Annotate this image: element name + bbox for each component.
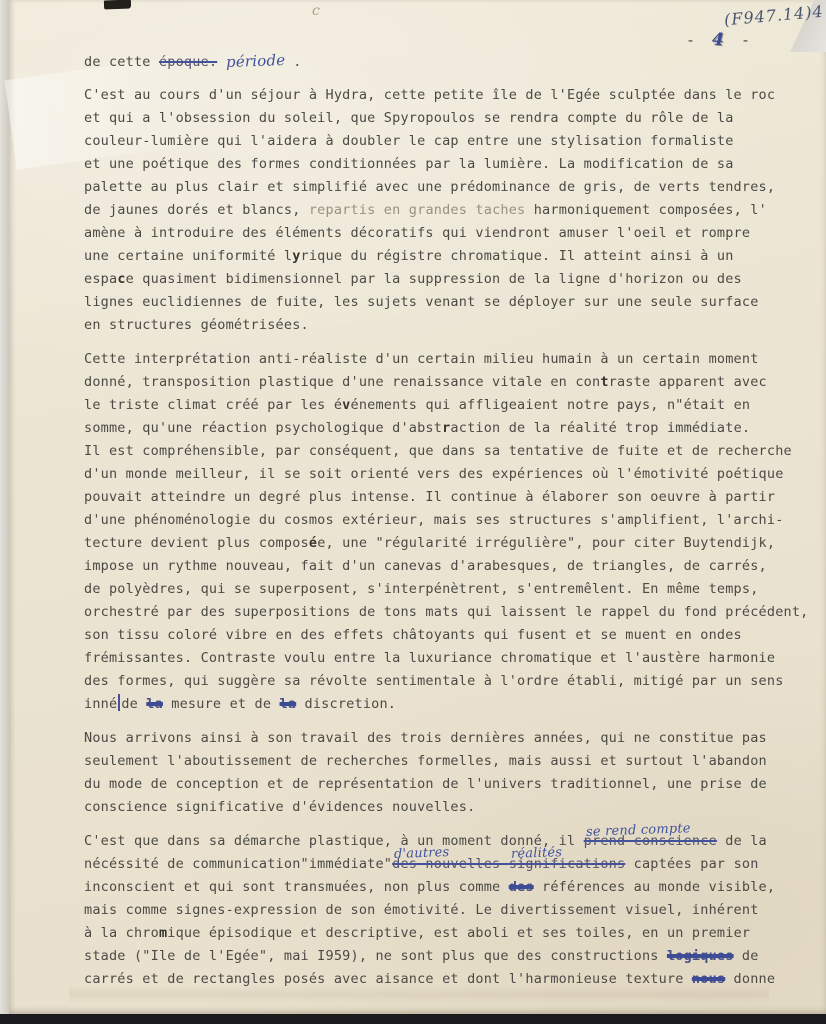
typed-text: son tissu coloré vibre en des effets châ… — [84, 627, 742, 643]
typed-line: tecture devient plus composée, une "régu… — [84, 532, 809, 555]
faded-typed-text: repartis en grandes taches — [309, 202, 534, 218]
typed-line: nécéssité de communication"immédiate"des… — [84, 853, 809, 876]
typed-text: des formes, qui suggère sa révolte senti… — [84, 673, 784, 689]
typed-text: du mode de conception et de représentati… — [84, 776, 767, 792]
struck-out-text: des nouvelles d'autres — [392, 856, 509, 872]
struck-out-text: significationsréalités — [509, 856, 626, 872]
handwritten-annotation-above: d'autres — [394, 841, 450, 866]
struck-out-text: époque. — [159, 54, 217, 70]
typed-text: références au monde visible, — [534, 879, 776, 895]
typed-line: impose un rythme nouveau, fait d'un cane… — [84, 555, 809, 578]
typed-text: seulement l'aboutissement de recherches … — [84, 753, 767, 769]
typed-text: tecture devient plus compos — [84, 535, 309, 551]
typed-line: palette au plus clair et simplifié avec … — [84, 176, 809, 199]
typed-text: d'un monde meilleur, il se soit orienté … — [84, 466, 784, 482]
page-number: - 4 - — [686, 30, 754, 50]
document-body: de cette époque. période .C'est au cours… — [84, 50, 809, 1002]
typed-text: y — [292, 248, 300, 264]
typed-line: mais comme signes-expression de son émot… — [84, 899, 809, 922]
typed-text: C'est que dans sa démarche plastique, à … — [84, 833, 584, 849]
typed-text: de — [734, 948, 759, 964]
typed-text: donné, transposition plastique d'une ren… — [84, 374, 600, 390]
typed-text: de — [121, 696, 146, 712]
typed-line: et qui a l'obsession du soleil, que Spyr… — [84, 107, 809, 130]
typed-text: Cette interprétation anti-réaliste d'un … — [84, 351, 759, 367]
typed-text: couleur-lumière qui l'aidera à doubler l… — [84, 133, 734, 149]
typed-line: innéde la mesure et de la discretion. — [84, 693, 809, 716]
typed-text: v — [342, 397, 350, 413]
typed-text: une certaine uniformité l — [84, 248, 292, 264]
page-number-dash-left: - — [686, 31, 712, 49]
typed-line: le triste climat créé par les événements… — [84, 394, 809, 417]
struck-out-text: des — [509, 879, 534, 895]
typed-text: lignes euclidiennes de fuite, les sujets… — [84, 294, 759, 310]
page-number-handwritten-digit: 4 — [712, 30, 729, 51]
typed-text: . — [285, 54, 302, 70]
typed-text: d'une phénoménologie du cosmos extérieur… — [84, 512, 784, 528]
handwritten-annotation-above: se rend compte — [585, 817, 690, 844]
handwritten-annotation-above: réalités — [510, 841, 562, 866]
paragraph: C'est que dans sa démarche plastique, à … — [84, 830, 809, 991]
struck-out-text: logiques — [667, 948, 734, 964]
typed-text: discretion. — [296, 696, 396, 712]
paragraph: de cette époque. période . — [84, 50, 809, 73]
typed-text: é — [309, 535, 317, 551]
typed-line: d'une phénoménologie du cosmos extérieur… — [84, 509, 809, 532]
typed-line: Nous arrivons ainsi à son travail des tr… — [84, 727, 809, 750]
struck-out-text: la — [146, 696, 163, 712]
struck-out-text: la — [280, 696, 297, 712]
paragraph: Nous arrivons ainsi à son travail des tr… — [84, 727, 809, 819]
typed-line: à la chromique épisodique et descriptive… — [84, 922, 809, 945]
typed-line: son tissu coloré vibre en des effets châ… — [84, 624, 809, 647]
typed-line: d'un monde meilleur, il se soit orienté … — [84, 463, 809, 486]
typed-line: Cette interprétation anti-réaliste d'un … — [84, 348, 809, 371]
typed-text: et une poétique des formes conditionnées… — [84, 156, 734, 172]
typed-text: le triste climat créé par les é — [84, 397, 342, 413]
typed-text: frémissantes. Contraste voulu entre la l… — [84, 650, 775, 666]
typed-text: de cette — [84, 54, 159, 70]
typed-text: inné — [84, 696, 117, 712]
typed-line: lignes euclidiennes de fuite, les sujets… — [84, 291, 809, 314]
typed-line: conscience significative d'évidences nou… — [84, 796, 809, 819]
insertion-mark — [118, 694, 120, 711]
typed-line: Il est compréhensible, par conséquent, q… — [84, 440, 809, 463]
typed-line: orchestré par des superpositions de tons… — [84, 601, 809, 624]
typed-line: de cette époque. période . — [84, 50, 809, 73]
typed-text: et qui a l'obsession du soleil, que Spyr… — [84, 110, 734, 126]
typed-line: et une poétique des formes conditionnées… — [84, 153, 809, 176]
handwritten-correction: période — [225, 49, 285, 74]
typed-text: donne — [725, 971, 775, 987]
typed-text: t — [600, 374, 608, 390]
struck-out-text: nous — [692, 971, 725, 987]
typed-line: donné, transposition plastique d'une ren… — [84, 371, 809, 394]
typed-text: de jaunes dorés et blancs, — [84, 202, 309, 218]
typed-text: C'est au cours d'un séjour à Hydra, cett… — [84, 87, 775, 103]
page-number-dash-right: - — [728, 31, 754, 49]
typed-line: couleur-lumière qui l'aidera à doubler l… — [84, 130, 809, 153]
typed-text: de polyèdres, qui se superposent, s'inte… — [84, 581, 759, 597]
stray-pencil-mark: c — [312, 3, 320, 19]
typed-text: somme, qu'une réaction psychologique d'a… — [84, 420, 442, 436]
typed-line: inconscient et qui sont transmuées, non … — [84, 876, 809, 899]
typed-text: mesure et de — [163, 696, 280, 712]
typed-line: somme, qu'une réaction psychologique d'a… — [84, 417, 809, 440]
typed-text: impose un rythme nouveau, fait d'un cane… — [84, 558, 767, 574]
typed-text: de la — [717, 833, 767, 849]
typed-text: en structures géométrisées. — [84, 317, 309, 333]
typed-text: nécéssité de communication"immédiate" — [84, 856, 392, 872]
typed-line: en structures géométrisées. — [84, 314, 809, 337]
typed-line: carrés et de rectangles posés avec aisan… — [84, 968, 809, 991]
struck-out-text: prend consciencese rend compte — [584, 833, 717, 849]
typed-line: seulement l'aboutissement de recherches … — [84, 750, 809, 773]
typed-text: e, une "régularité irrégulière", pour ci… — [317, 535, 775, 551]
typed-line: une certaine uniformité lyrique du régis… — [84, 245, 809, 268]
typed-text — [217, 54, 225, 70]
ink-smudge-mark — [104, 0, 131, 9]
typed-line: du mode de conception et de représentati… — [84, 773, 809, 796]
paragraph: Cette interprétation anti-réaliste d'un … — [84, 348, 809, 716]
typed-line: des formes, qui suggère sa révolte senti… — [84, 670, 809, 693]
typed-text: palette au plus clair et simplifié avec … — [84, 179, 775, 195]
typed-text: espa — [84, 271, 117, 287]
typed-text: Il est compréhensible, par conséquent, q… — [84, 443, 792, 459]
typed-text: orchestré par des superpositions de tons… — [84, 604, 809, 620]
typed-line: espace quasiment bidimensionnel par la s… — [84, 268, 809, 291]
typed-text: ique épisodique et descriptive, est abol… — [167, 925, 750, 941]
typed-text: carrés et de rectangles posés avec aisan… — [84, 971, 692, 987]
typed-line: frémissantes. Contraste voulu entre la l… — [84, 647, 809, 670]
typed-text: c — [117, 271, 125, 287]
typed-text: captées par son — [625, 856, 758, 872]
typed-text: à la chro — [84, 925, 159, 941]
typed-line: de polyèdres, qui se superposent, s'inte… — [84, 578, 809, 601]
typed-line: pouvait atteindre un degré plus intense.… — [84, 486, 809, 509]
typed-text: Nous arrivons ainsi à son travail des tr… — [84, 730, 767, 746]
typed-text: raste apparent avec — [609, 374, 767, 390]
typed-text: pouvait atteindre un degré plus intense.… — [84, 489, 775, 505]
typed-text: rique du régistre chromatique. Il attein… — [301, 248, 734, 264]
typed-text: amène à introduire des éléments décorati… — [84, 225, 750, 241]
paragraph: C'est au cours d'un séjour à Hydra, cett… — [84, 84, 809, 337]
typed-text: mais comme signes-expression de son émot… — [84, 902, 759, 918]
typed-text: action de la réalité trop immédiate. — [450, 420, 750, 436]
typed-line: amène à introduire des éléments décorati… — [84, 222, 809, 245]
typed-line: stade ("Ile de l'Egée", mai I959), ne so… — [84, 945, 809, 968]
typed-text: stade ("Ile de l'Egée", mai I959), ne so… — [84, 948, 667, 964]
typed-text: harmoniquement composées, l' — [534, 202, 767, 218]
typed-text: énements qui affligeaient notre pays, n"… — [351, 397, 751, 413]
typed-text: e quasiment bidimensionnel par la suppre… — [126, 271, 742, 287]
typed-line: de jaunes dorés et blancs, repartis en g… — [84, 199, 809, 222]
typed-text: inconscient et qui sont transmuées, non … — [84, 879, 509, 895]
paper-sheet: c (F947.14)4 - 4 - de cette époque. péri… — [9, 0, 826, 1014]
typed-line: C'est au cours d'un séjour à Hydra, cett… — [84, 84, 809, 107]
scanned-document-page: c (F947.14)4 - 4 - de cette époque. péri… — [0, 0, 826, 1024]
typed-text: conscience significative d'évidences nou… — [84, 799, 475, 815]
